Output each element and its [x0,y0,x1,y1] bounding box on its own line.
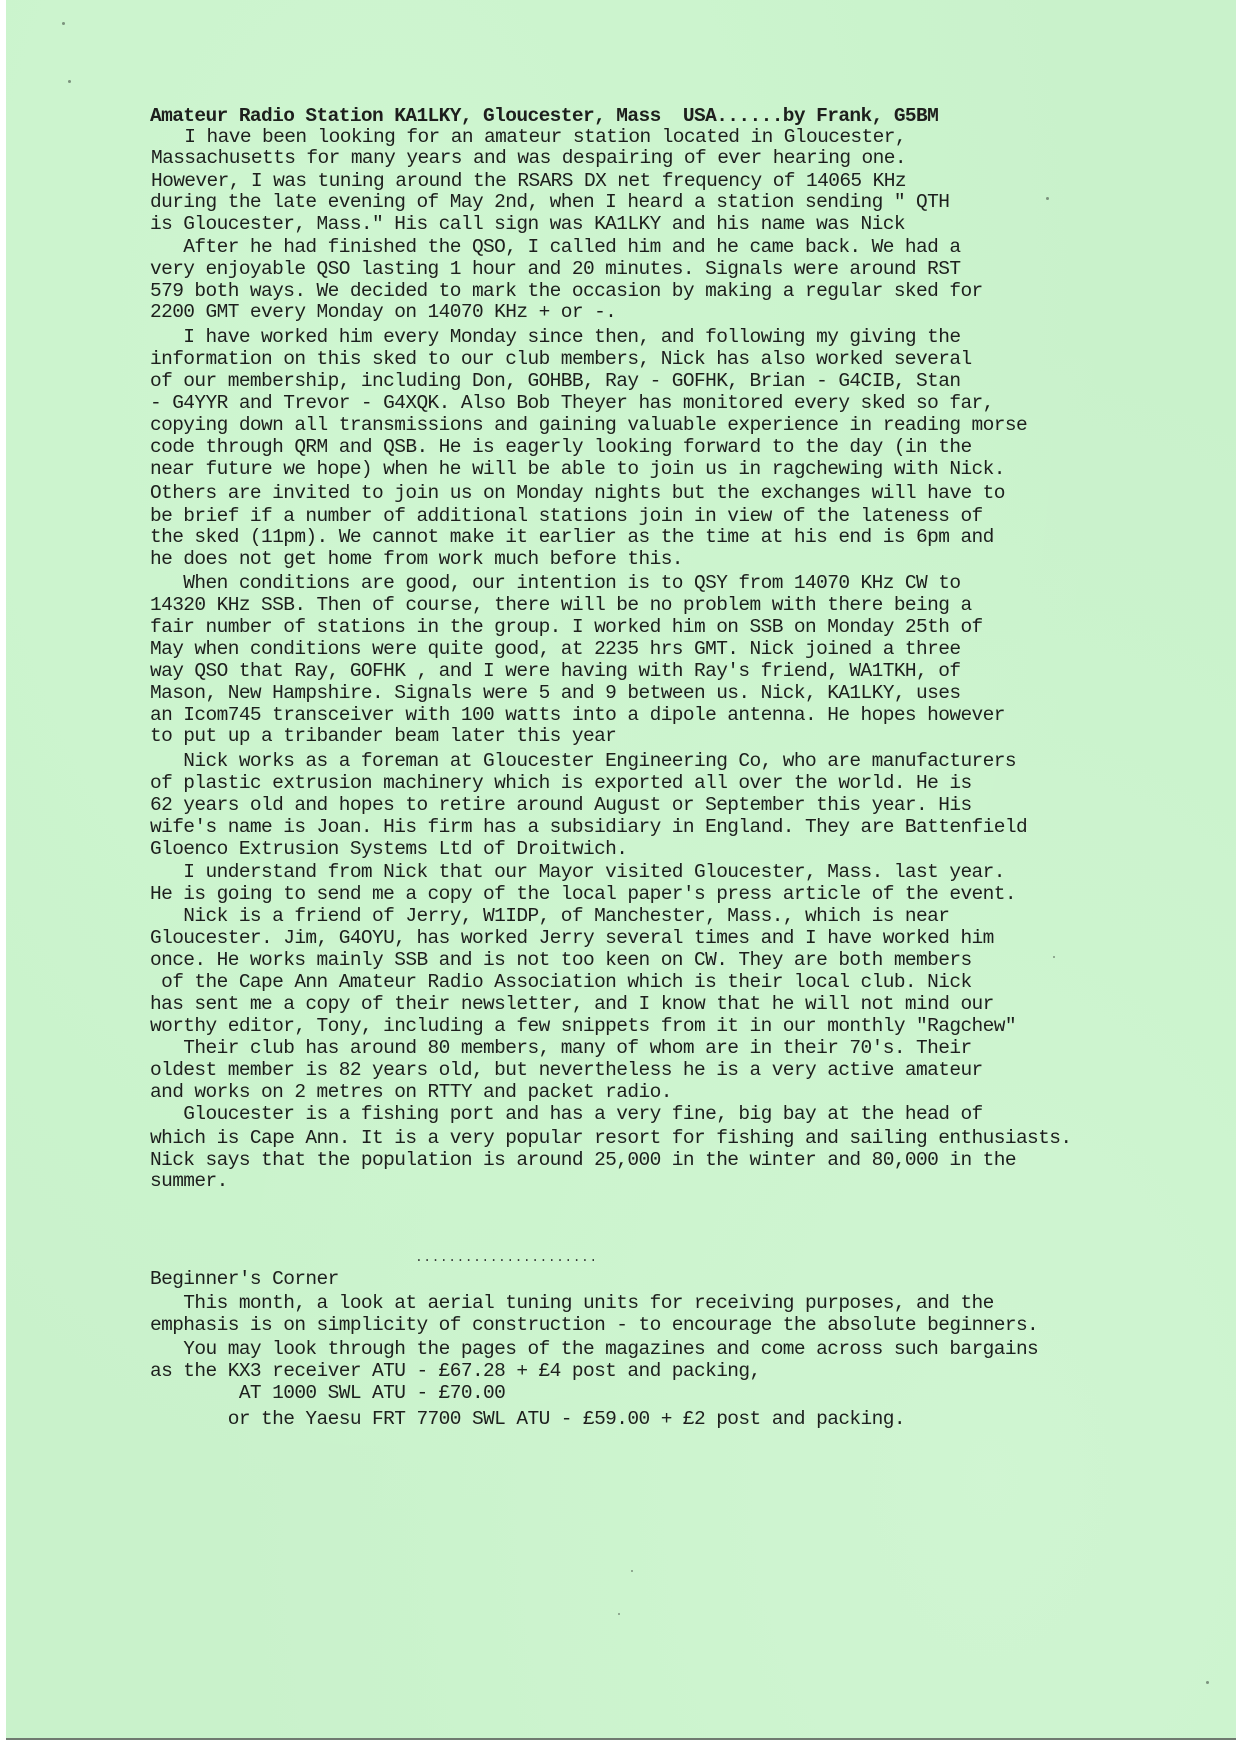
article-line: Nick says that the population is around … [150,1151,1016,1171]
article-line: Gloucester. Jim, G4OYU, has worked Jerry… [150,929,994,949]
article-line: 62 years old and hopes to retire around … [150,796,972,816]
article-line: Massachusetts for many years and was des… [151,149,906,169]
article-line: Their club has around 80 members, many o… [150,1039,972,1059]
beginners-corner-line: This month, a look at aerial tuning unit… [150,1294,994,1314]
article-line: Nick is a friend of Jerry, W1IDP, of Man… [150,907,949,927]
article-line: Nick works as a foreman at Gloucester En… [150,752,1016,772]
beginners-corner-line: or the Yaesu FRT 7700 SWL ATU - £59.00 +… [150,1410,905,1430]
article-line: to put up a tribander beam later this ye… [150,727,616,747]
article-line: When conditions are good, our intention … [150,574,960,594]
article-line: and works on 2 metres on RTTY and packet… [150,1083,672,1103]
paper-speck [1053,956,1055,958]
article-line: of the Cape Ann Amateur Radio Associatio… [150,973,972,993]
beginners-corner-line: as the KX3 receiver ATU - £67.28 + £4 po… [150,1362,761,1382]
article-line: Others are invited to join us on Monday … [150,484,1005,504]
article-line: - G4YYR and Trevor - G4XQK. Also Bob The… [150,394,994,414]
section-divider: ...................... [415,1250,598,1265]
article-line: way QSO that Ray, GOFHK , and I were hav… [150,662,960,682]
article-line: summer. [150,1172,228,1192]
article-line: worthy editor, Tony, including a few sni… [150,1017,1016,1037]
article-line: once. He works mainly SSB and is not too… [150,951,972,971]
article-line: near future we hope) when he will be abl… [150,460,1005,480]
paper-speck [1046,197,1049,200]
beginners-corner-line: You may look through the pages of the ma… [150,1340,1038,1360]
article-line: of plastic extrusion machinery which is … [150,774,972,794]
paper-speck [62,22,65,25]
beginners-corner-line: AT 1000 SWL ATU - £70.00 [150,1384,505,1404]
article-line: very enjoyable QSO lasting 1 hour and 20… [150,260,960,280]
article-line: which is Cape Ann. It is a very popular … [150,1129,1071,1149]
article-line: of our membership, including Don, GOHBB,… [150,372,960,392]
article-line: I have worked him every Monday since the… [150,328,960,348]
article-line: Mason, New Hampshire. Signals were 5 and… [150,684,960,704]
article-line: he does not get home from work much befo… [150,550,683,570]
article-line: Gloucester is a fishing port and has a v… [150,1105,983,1125]
article-line: copying down all transmissions and gaini… [150,416,1027,436]
article-line: has sent me a copy of their newsletter, … [150,995,994,1015]
article-line: I have been looking for an amateur stati… [151,128,906,148]
article-line: After he had finished the QSO, I called … [150,238,960,258]
article-line: 579 both ways. We decided to mark the oc… [150,282,983,302]
paper-speck [1206,1681,1209,1684]
article-line: is Gloucester, Mass." His call sign was … [150,215,905,235]
paper-speck [68,80,71,83]
article-line: an Icom745 transceiver with 100 watts in… [150,706,1005,726]
article-line: code through QRM and QSB. He is eagerly … [150,438,972,458]
paper-speck [618,1613,620,1615]
article-line: be brief if a number of additional stati… [150,507,983,527]
article-line: oldest member is 82 years old, but never… [150,1061,983,1081]
article-line: information on this sked to our club mem… [150,350,972,370]
article-line: However, I was tuning around the RSARS D… [151,172,906,192]
article-line: fair number of stations in the group. I … [150,618,983,638]
article-line: wife's name is Joan. His firm has a subs… [150,818,1027,838]
article-line: He is going to send me a copy of the loc… [150,885,1016,905]
article-line: 2200 GMT every Monday on 14070 KHz + or … [150,303,616,323]
article-title: Amateur Radio Station KA1LKY, Gloucester… [150,107,938,127]
article-line: I understand from Nick that our Mayor vi… [150,863,1005,883]
article-line: 14320 KHz SSB. Then of course, there wil… [150,596,972,616]
article-line: during the late evening of May 2nd, when… [150,193,949,213]
article-line: May when conditions were quite good, at … [150,640,960,660]
article-line: Gloenco Extrusion Systems Ltd of Droitwi… [150,840,627,860]
article-line: the sked (11pm). We cannot make it earli… [150,528,994,548]
beginners-corner-heading: Beginner's Corner [150,1270,339,1290]
beginners-corner-line: emphasis is on simplicity of constructio… [150,1316,1038,1336]
paper-speck [631,1570,633,1572]
